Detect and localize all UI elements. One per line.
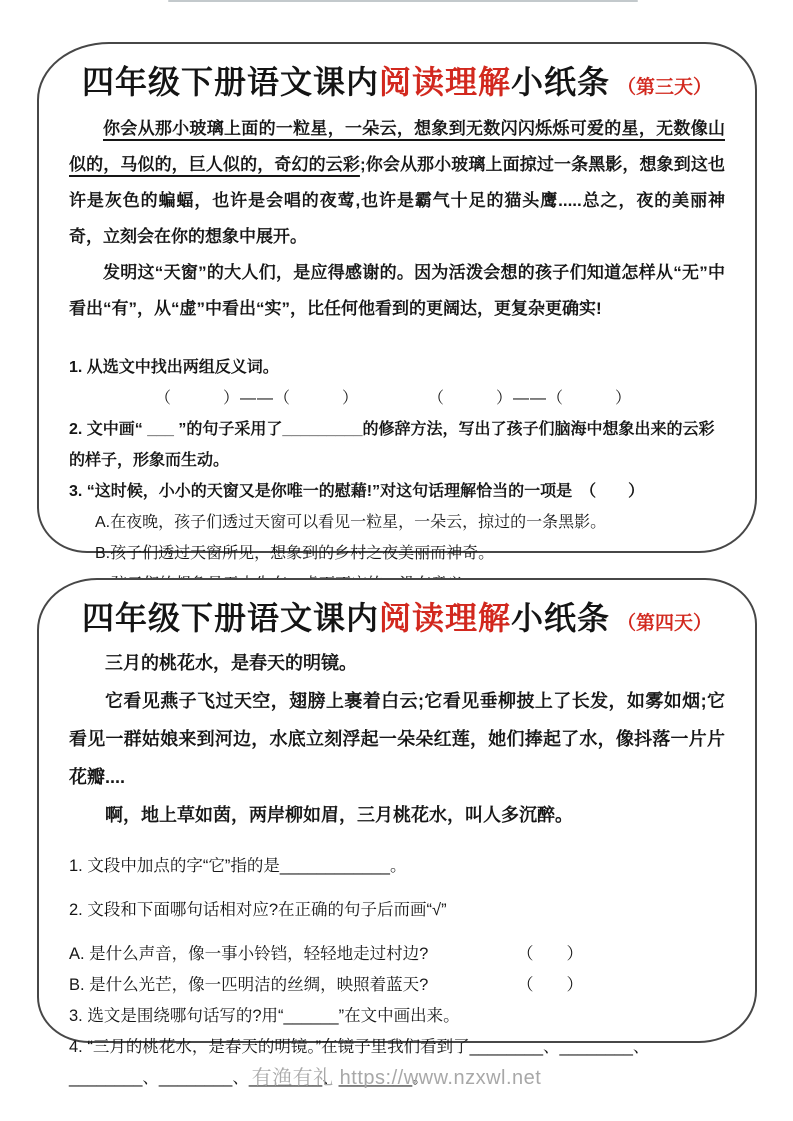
title-prefix: 四年级下册语文课内 xyxy=(82,600,379,636)
title-prefix: 四年级下册语文课内 xyxy=(82,64,379,100)
question-1-answer-blanks: （ ）——（ ） （ ）——（ ） xyxy=(69,383,725,414)
option-a: A.在夜晚，孩子们透过天窗可以看见一粒星，一朵云，掠过的一条黑影。 xyxy=(69,507,725,538)
title-day-badge: （第四天） xyxy=(617,613,712,634)
question-3: 3. “这时候，小小的天窗又是你唯一的慰藉!”对这句话理解恰当的一项是 （ ） xyxy=(69,476,725,507)
worksheet-title-day3: 四年级下册语文课内阅读理解小纸条（第三天） xyxy=(69,44,725,103)
reading-passage-day3: 你会从那小玻璃上面的一粒星，一朵云，想象到无数闪闪烁烁可爱的星，无数像山似的，马… xyxy=(69,111,725,327)
question-3: 3. 选文是围绕哪句话写的?用“______”在文中画出来。 xyxy=(69,1001,725,1032)
worksheet-title-day4: 四年级下册语文课内阅读理解小纸条（第四天） xyxy=(69,580,725,639)
title-suffix: 小纸条 xyxy=(511,600,610,636)
title-highlight: 阅读理解 xyxy=(379,64,511,100)
scan-artifact-line xyxy=(168,0,638,2)
option-b-row: B. 是什么光芒，像一匹明洁的丝绸，映照着蓝天? （ ） xyxy=(69,970,725,1001)
option-b: B.孩子们透过天窗所见，想象到的乡村之夜美丽而神奇。 xyxy=(69,538,725,569)
questions-day4: 1. 文段中加点的字“它”指的是____________。 2. 文段和下面哪句… xyxy=(69,851,725,1094)
question-1: 1. 文段中加点的字“它”指的是____________。 xyxy=(69,851,725,882)
reading-passage-day4: 三月的桃花水，是春天的明镜。 它看见燕子飞过天空，翅膀上裹着白云;它看见垂柳披上… xyxy=(69,644,725,834)
option-a-answer-bracket: （ ） xyxy=(517,939,583,970)
title-highlight: 阅读理解 xyxy=(379,600,511,636)
passage-paragraph: 发明这“天窗”的大人们，是应得感谢的。因为活泼会想的孩子们知道怎样从“无”中看出… xyxy=(69,255,725,327)
watermark-footer: 有渔有礼 https://www.nzxwl.net xyxy=(0,1061,793,1090)
worksheet-card-day4: 四年级下册语文课内阅读理解小纸条（第四天） 三月的桃花水，是春天的明镜。 它看见… xyxy=(37,578,757,1043)
passage-paragraph: 你会从那小玻璃上面的一粒星，一朵云，想象到无数闪闪烁烁可爱的星，无数像山似的，马… xyxy=(69,111,725,255)
option-a: A. 是什么声音，像一事小铃铛，轻轻地走过村边? xyxy=(69,939,517,970)
question-1: 1. 从选文中找出两组反义词。 xyxy=(69,352,725,383)
questions-day3: 1. 从选文中找出两组反义词。 （ ）——（ ） （ ）——（ ） 2. 文中画… xyxy=(69,352,725,600)
option-b-answer-bracket: （ ） xyxy=(517,970,583,1001)
passage-paragraph: 啊，地上草如茵，两岸柳如眉，三月桃花水，叫人多沉醉。 xyxy=(69,796,725,834)
question-2: 2. 文中画“ ___ ”的句子采用了_________的修辞方法，写出了孩子们… xyxy=(69,414,725,476)
question-2: 2. 文段和下面哪句话相对应?在正确的句子后而画“√” xyxy=(69,895,725,926)
option-b: B. 是什么光芒，像一匹明洁的丝绸，映照着蓝天? xyxy=(69,970,517,1001)
option-a-row: A. 是什么声音，像一事小铃铛，轻轻地走过村边? （ ） xyxy=(69,939,725,970)
worksheet-card-day3: 四年级下册语文课内阅读理解小纸条（第三天） 你会从那小玻璃上面的一粒星，一朵云，… xyxy=(37,42,757,553)
title-suffix: 小纸条 xyxy=(511,64,610,100)
passage-paragraph: 它看见燕子飞过天空，翅膀上裹着白云;它看见垂柳披上了长发，如雾如烟;它看见一群姑… xyxy=(69,682,725,796)
passage-paragraph: 三月的桃花水，是春天的明镜。 xyxy=(69,644,725,682)
title-day-badge: （第三天） xyxy=(617,77,712,98)
